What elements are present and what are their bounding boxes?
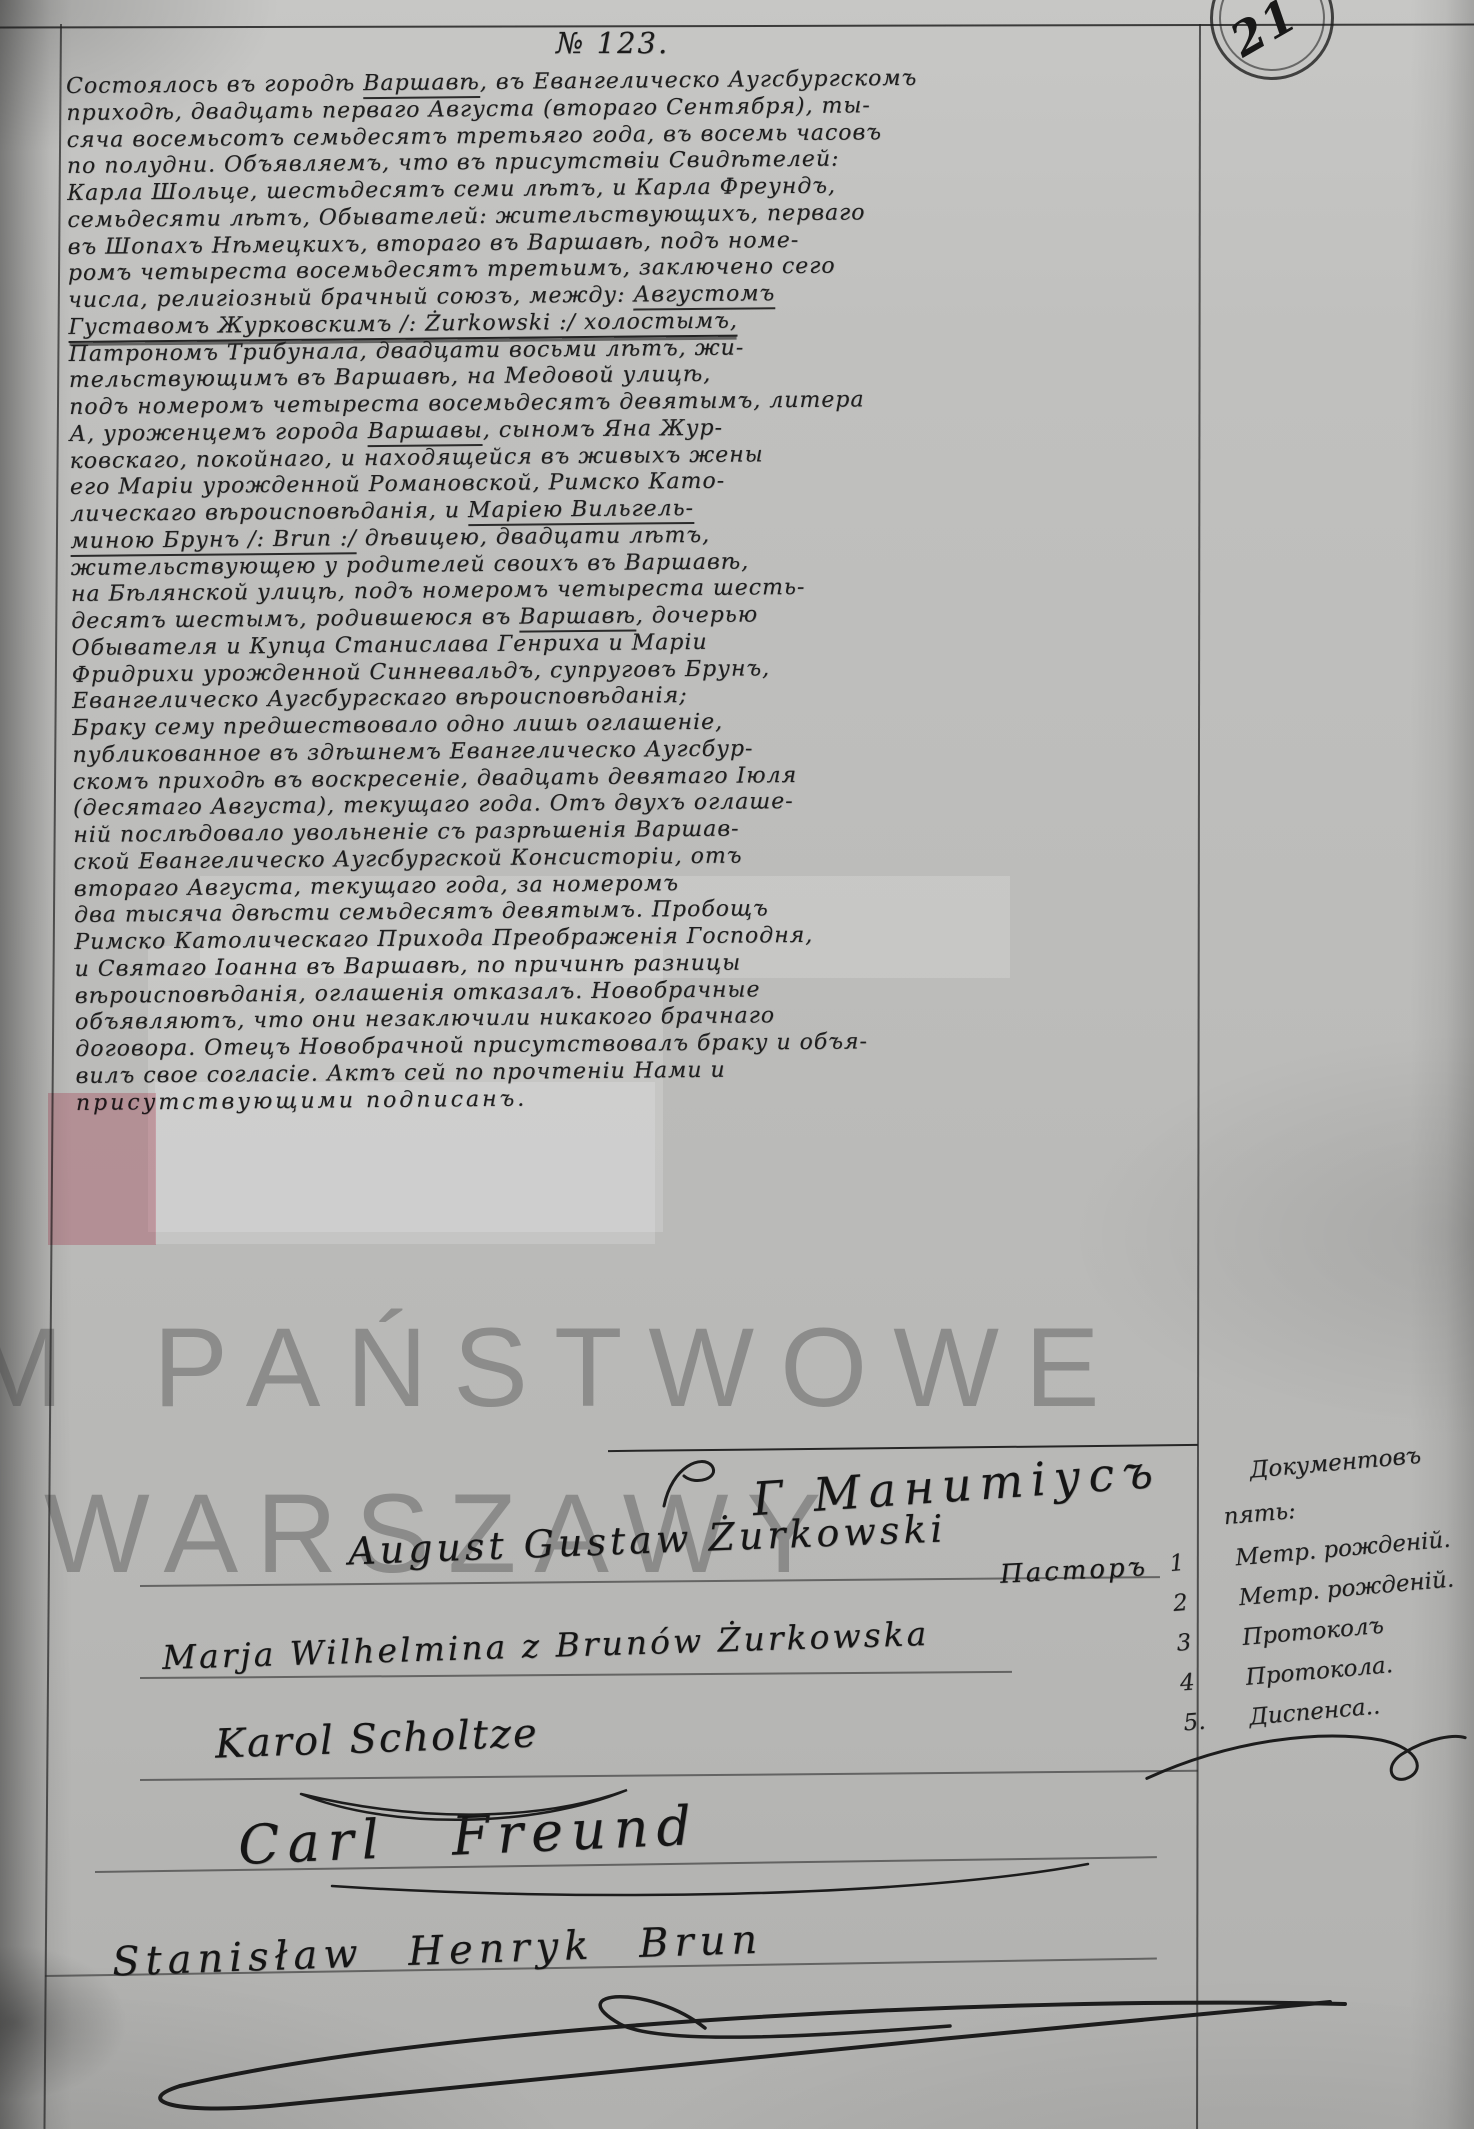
signature-witness-1: Karol Scholtze [214, 1710, 539, 1767]
text-segment: ній послѣдовало увольненіе съ разрѣшенія… [73, 817, 739, 848]
margin-item-text: Протокола. [1245, 1652, 1394, 1691]
record-number: № 123. [556, 26, 669, 60]
page-number-stamp: 21 [1202, 0, 1342, 88]
text-segment: Варшавы [368, 418, 483, 447]
text-segment: дѣвицею, двадцати лѣтъ, [357, 523, 711, 551]
text-segment: миною Брунъ /: Brun :/ [70, 526, 357, 557]
text-segment: тельствующимъ въ Варшавѣ, на Медовой ули… [69, 362, 712, 393]
text-segment: , въ Евангелическо Аугсбургскомъ [480, 66, 918, 95]
margin-item-text: Диспенса.. [1248, 1693, 1381, 1730]
archive-watermark-line1: MPAŃSTWOWE [0, 1312, 1126, 1424]
text-segment: числа, религіозный брачный союзъ, между: [68, 283, 634, 313]
margin-item-text: Протоколъ [1241, 1613, 1385, 1651]
pen-flourish-icon [326, 1856, 1096, 1900]
text-segment: Маріею Вильгель- [468, 496, 694, 526]
text-segment: Состоялось въ городѣ [66, 71, 363, 99]
text-segment: Браку сему предшествовало одно лишь огла… [72, 710, 723, 741]
text-segment: десятъ шестымъ, родившеюся въ [71, 605, 519, 634]
margin-item-number: 1 [1168, 1543, 1186, 1584]
text-segment: вилъ свое согласіе. Актъ сей по прочтені… [76, 1057, 726, 1088]
signature-pastor-title: Пасторъ [999, 1552, 1148, 1590]
document-scan: MPAŃSTWOWE WARSZAWY 21 № 123. Состоялось… [0, 0, 1474, 2129]
margin-item-number: 2 [1171, 1583, 1189, 1624]
text-segment: Обывателя и Купца Станислава Генриха и М… [71, 630, 707, 661]
margin-item-number: 4 [1178, 1662, 1196, 1703]
margin-notes: Документовъпять:1Метр. рожденій.2Метр. р… [1212, 1429, 1474, 1739]
main-text: Состоялось въ городѣ Варшавѣ, въ Евангел… [66, 63, 1204, 1117]
text-segment: , дочерью [636, 602, 759, 628]
margin-item-number: 5. [1182, 1702, 1207, 1744]
margin-item-number: 3 [1175, 1623, 1193, 1664]
pink-highlight [48, 1093, 156, 1245]
text-segment: , сыномъ Яна Жур- [483, 415, 723, 442]
pen-flourish-icon [295, 1780, 635, 1832]
watermark-word: PAŃSTWOWE [153, 1305, 1125, 1430]
pen-flourish-icon [650, 1452, 730, 1512]
text-segment: А, уроженцемъ города [69, 419, 368, 447]
page-number: 21 [1221, 0, 1307, 68]
signature-bride: Marja Wilhelmina z Brunów Żurkowska [162, 1614, 930, 1677]
text-segment: Евангелическо Аугсбургскаго вѣроисповѣда… [72, 683, 688, 714]
text-segment: Варшавѣ [363, 70, 480, 99]
watermark-letter: M [0, 1305, 89, 1430]
text-segment: его Маріи урожденной Романовской, Римско… [70, 469, 725, 500]
left-margin-rule [43, 24, 62, 2129]
text-segment: лическаго вѣроисповѣданія, и [70, 498, 468, 527]
text-segment: и Святаго Іоанна въ Варшавѣ, по причинѣ … [74, 950, 741, 981]
signature-bride-father: Stanisław Henryk Brun [111, 1917, 763, 1986]
text-segment: втораго Августа, текущаго года, за номер… [74, 871, 679, 902]
text-segment: Августомъ [633, 281, 775, 310]
text-segment: Варшавѣ [519, 604, 636, 633]
pen-flourish-icon [120, 1982, 1380, 2122]
